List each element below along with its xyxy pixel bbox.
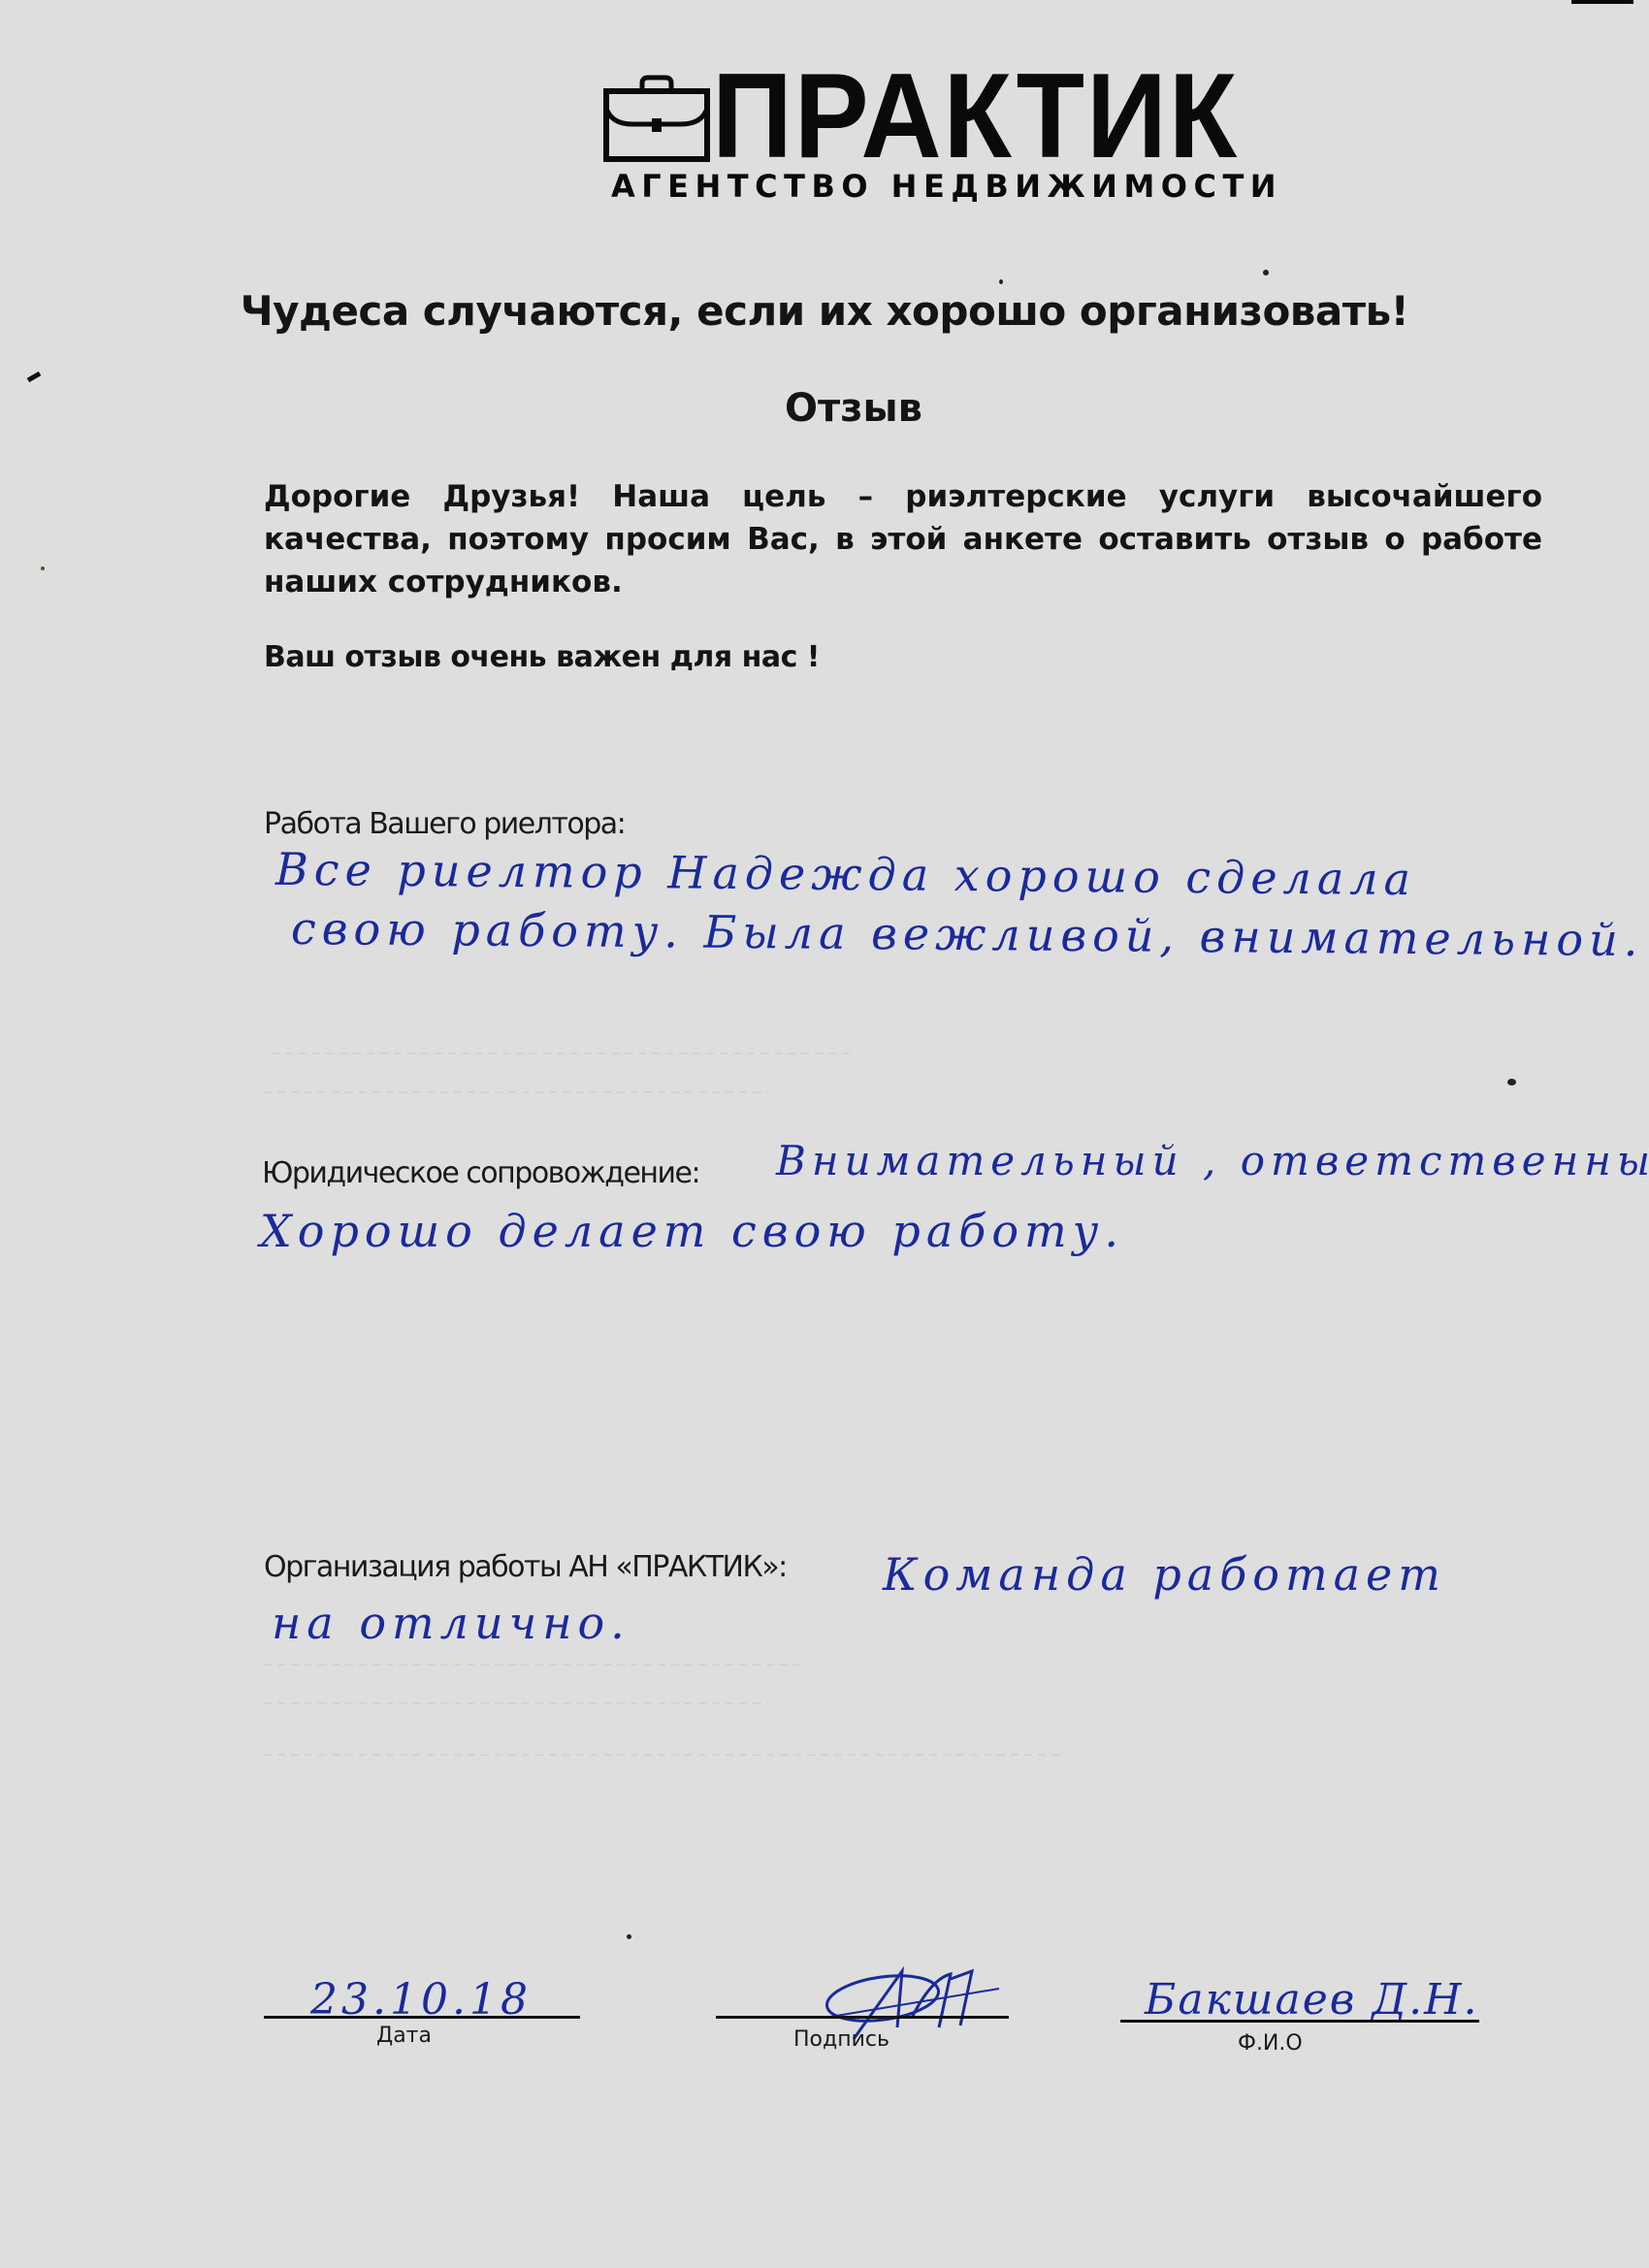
- answer-rule: [264, 1754, 1059, 1756]
- logo-subtitle: АГЕНТСТВО НЕДВИЖИМОСТИ: [611, 171, 1282, 202]
- scan-speck: [1263, 270, 1269, 275]
- signature-line: [716, 2016, 1009, 2019]
- date-line: [264, 2016, 580, 2019]
- name-caption: Ф.И.О: [1238, 2031, 1303, 2056]
- scan-speck: [41, 567, 45, 570]
- briefcase-icon: [603, 74, 710, 163]
- name-value: Бакшаев Д.Н.: [1145, 1979, 1479, 2022]
- answer-legal-line-2: Хорошо делает свою работу.: [260, 1209, 1124, 1253]
- important-note: Ваш отзыв очень важен для нас !: [264, 640, 820, 674]
- field-label-realtor: Работа Вашего риелтора:: [264, 807, 625, 841]
- scan-speck: [627, 1934, 631, 1939]
- scan-speck: [999, 279, 1003, 284]
- answer-rule: [264, 1091, 768, 1093]
- date-caption: Дата: [376, 2024, 432, 2048]
- answer-organization-line-2: на отлично.: [272, 1601, 630, 1645]
- agency-logo: ПРАКТИК АГЕНТСТВО НЕДВИЖИМОСТИ: [603, 70, 1205, 206]
- scan-speck: [1507, 1079, 1516, 1085]
- answer-rule: [272, 1053, 854, 1054]
- answer-rule: [264, 1702, 768, 1704]
- field-label-legal: Юридическое сопровождение:: [262, 1156, 699, 1190]
- intro-paragraph: Дорогие Друзья! Наша цель – риэлтерские …: [264, 475, 1542, 603]
- answer-organization-line-1: Команда работает: [883, 1552, 1446, 1597]
- page-title: Отзыв: [0, 386, 1649, 431]
- answer-rule: [264, 1664, 807, 1666]
- name-line: [1120, 2020, 1479, 2023]
- scan-edge: [1571, 0, 1633, 4]
- answer-realtor-line-1: Все риелтор Надежда хорошо сделала: [275, 847, 1416, 901]
- logo-title: ПРАКТИК: [712, 56, 1239, 177]
- signature-caption: Подпись: [793, 2027, 889, 2052]
- field-label-organization: Организация работы АН «ПРАКТИК»:: [264, 1550, 787, 1584]
- answer-realtor-line-2: свою работу. Была вежливой, внимательной…: [291, 906, 1644, 962]
- answer-legal-line-1: Внимательный , ответственный: [776, 1141, 1649, 1182]
- slogan: Чудеса случаются, если их хорошо организ…: [0, 287, 1649, 335]
- scan-speck: [27, 372, 42, 382]
